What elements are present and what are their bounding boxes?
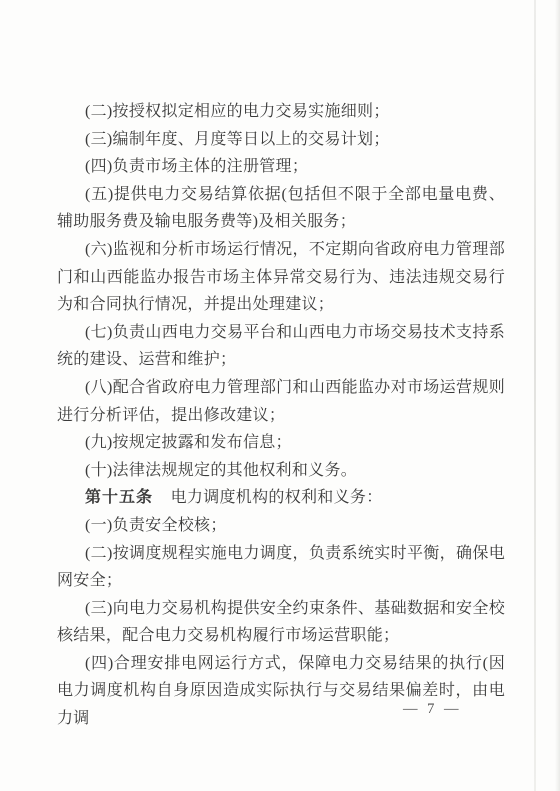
scan-artifact-line xyxy=(534,0,536,791)
clause-item: (五)提供电力交易结算依据(包括但不限于全部电量电费、辅助服务费及输电服务费等)… xyxy=(57,181,505,236)
clause-item: (二)按调度规程实施电力调度，负责系统实时平衡，确保电网安全； xyxy=(57,540,505,595)
clause-item: (十)法律法规规定的其他权利和义务。 xyxy=(57,457,505,485)
clause-item: (八)配合省政府电力管理部门和山西能监办对市场运营规则进行分析评估，提出修改建议… xyxy=(57,374,505,429)
article-heading: 第十五条电力调度机构的权利和义务： xyxy=(57,484,505,512)
clause-item: (三)向电力交易机构提供安全约束条件、基础数据和安全校核结果，配合电力交易机构履… xyxy=(57,595,505,650)
article-number: 第十五条 xyxy=(85,489,153,506)
document-page: (二)按授权拟定相应的电力交易实施细则； (三)编制年度、月度等日以上的交易计划… xyxy=(0,0,560,791)
clause-item: (六)监视和分析市场运行情况，不定期向省政府电力管理部门和山西能监办报告市场主体… xyxy=(57,236,505,319)
document-body: (二)按授权拟定相应的电力交易实施细则； (三)编制年度、月度等日以上的交易计划… xyxy=(57,98,505,733)
clause-item: (三)编制年度、月度等日以上的交易计划； xyxy=(57,126,505,154)
scan-edge-shadow xyxy=(555,0,560,791)
clause-item: (四)负责市场主体的注册管理； xyxy=(57,153,505,181)
clause-item: (九)按规定披露和发布信息； xyxy=(57,429,505,457)
article-title: 电力调度机构的权利和义务： xyxy=(171,489,383,506)
clause-item: (七)负责山西电力交易平台和山西电力市场交易技术支持系统的建设、运营和维护； xyxy=(57,319,505,374)
clause-item: (二)按授权拟定相应的电力交易实施细则； xyxy=(57,98,505,126)
clause-item: (四)合理安排电网运行方式，保障电力交易结果的执行(因电力调度机构自身原因造成实… xyxy=(57,650,505,733)
clause-item: (一)负责安全校核； xyxy=(57,512,505,540)
page-number: — 7 — xyxy=(403,701,462,718)
